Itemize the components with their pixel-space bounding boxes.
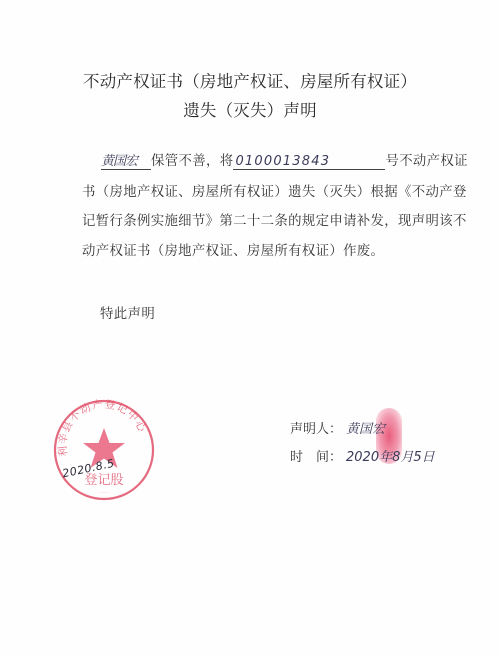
body-line-4: 动产权证书（房地产权证、房屋所有权证）作废。 [82, 240, 384, 259]
svg-text:··········: ·········· [98, 491, 109, 495]
body-line1-text-b: 号不动产权证 [385, 154, 467, 169]
body-line1-text-a: 保管不善，将 [151, 154, 233, 169]
document-title-line2: 遗失（灭失）声明 [0, 97, 500, 121]
body-line-2: 书（房地产权证、房屋所有权证）遗失（灭失）根据《不动产登 [82, 181, 467, 200]
document-title-line1: 不动产权证书（房地产权证、房屋所有权证） [0, 68, 500, 92]
body-line-1: 黄国宏保管不善，将0100013843号不动产权证 [101, 150, 468, 170]
closing-statement: 特此声明 [100, 303, 155, 322]
declarant-signature: 黄国宏 [346, 422, 385, 437]
document-page: 不动产权证书（房地产权证、房屋所有权证） 遗失（灭失）声明 黄国宏保管不善，将0… [0, 0, 500, 657]
declarant-label: 声明人： [290, 422, 342, 437]
red-seal-icon: 利辛县不动产登记中心 登记股 ·········· [52, 398, 156, 502]
owner-name-handwritten: 黄国宏 [101, 154, 151, 170]
date-row: 时 间：2020年8月5日 [290, 446, 435, 465]
body-line-3: 记暂行条例实施细节》第二十二条的规定申请补发，现声明该不 [82, 210, 467, 229]
certificate-number-handwritten: 0100013843 [233, 154, 385, 170]
date-handwritten: 2020年8月5日 [346, 450, 435, 465]
official-seal-stamp: 利辛县不动产登记中心 登记股 ·········· [52, 398, 156, 502]
declarant-row: 声明人：黄国宏 [290, 418, 385, 437]
time-label: 时 间： [290, 450, 342, 465]
